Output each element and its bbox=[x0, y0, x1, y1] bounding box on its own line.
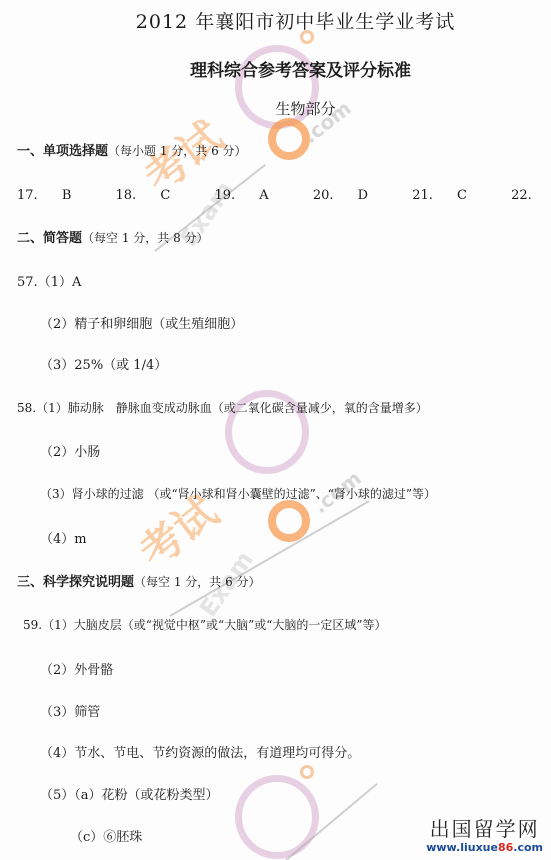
answer-19: 19. A bbox=[214, 188, 288, 204]
section-scoring-note: （每空 1 分，共 8 分） bbox=[82, 231, 209, 245]
q59-item-1: 59.（1）大脑皮层（或“视觉中枢”或“大脑”或“大脑的一定区域”等） bbox=[23, 617, 387, 633]
section-heading-text: 一、单项选择题 bbox=[17, 144, 108, 159]
item-label: （5）（a） bbox=[40, 788, 102, 803]
question-number: 58. bbox=[17, 401, 36, 415]
item-answer: 肺动脉 静脉血变成动脉血（或二氧化碳含量减少，氧的含量增多） bbox=[68, 401, 428, 415]
q59-item-5a: （5）（a）花粉（或花粉类型） bbox=[40, 788, 219, 804]
q57-item-2: （2）精子和卵细胞（或生殖细胞） bbox=[40, 317, 243, 333]
item-label: （1） bbox=[36, 401, 68, 415]
document-part-title: 生物部分 bbox=[0, 99, 551, 119]
item-label: （c） bbox=[70, 830, 103, 845]
q59-item-4: （4）节水、节电、节约资源的做法，有道理均可得分。 bbox=[40, 746, 360, 762]
answer-20: 20. D bbox=[313, 188, 388, 204]
q58-item-3: （3）肾小球的过滤 （或“肾小球和肾小囊壁的过滤”、“肾小球的滤过”等） bbox=[40, 486, 436, 502]
document-subtitle: 理科综合参考答案及评分标准 bbox=[0, 60, 551, 82]
section-scoring-note: （每空 1 分，共 6 分） bbox=[134, 575, 261, 589]
item-answer: A bbox=[72, 275, 81, 290]
item-label: （2） bbox=[40, 317, 74, 332]
multiple-choice-answers: 17. B 18. C 19. A 20. D 21. C 22. B bbox=[17, 188, 551, 204]
item-answer: 小肠 bbox=[74, 445, 100, 460]
q58-item-4: （4）m bbox=[40, 532, 87, 548]
item-label: （2） bbox=[40, 663, 74, 678]
item-answer: 节水、节电、节约资源的做法，有道理均可得分。 bbox=[74, 746, 360, 761]
watermark-slash-mid bbox=[170, 500, 370, 617]
watermark-ba-logo-bottom bbox=[235, 775, 319, 859]
item-label: （1） bbox=[42, 618, 74, 632]
section-heading-multiple-choice: 一、单项选择题（每小题 1 分，共 6 分） bbox=[17, 143, 247, 160]
question-number: 59. bbox=[23, 618, 42, 632]
document-title: 2012 年襄阳市初中毕业生学业考试 bbox=[0, 10, 551, 34]
site-logo[interactable]: 出国留学网 www.liuxue86.com bbox=[426, 817, 543, 854]
site-logo-url[interactable]: www.liuxue86.com bbox=[426, 841, 543, 854]
item-answer: 25%（或 1/4） bbox=[74, 358, 167, 373]
q59-item-2: （2）外骨骼 bbox=[40, 663, 113, 679]
item-label: （3） bbox=[40, 358, 74, 373]
item-answer: ⑥胚珠 bbox=[103, 830, 142, 845]
item-label: （3） bbox=[40, 705, 74, 720]
answer-17: 17. B bbox=[17, 188, 91, 204]
item-answer: 大脑皮层（或“视觉中枢”或“大脑”或“大脑的一定区域”等） bbox=[74, 618, 387, 632]
item-answer: 精子和卵细胞（或生殖细胞） bbox=[74, 317, 243, 332]
item-label: （1） bbox=[38, 275, 72, 290]
q57-item-1: 57.（1）A bbox=[17, 275, 81, 291]
watermark-o-mid bbox=[268, 500, 310, 542]
answer-21: 21. C bbox=[412, 188, 487, 204]
watermark-dot-bottom bbox=[300, 765, 314, 779]
document-page: 考试 .com Exam 考试 .com Exam 2012 年襄阳市初中毕业生… bbox=[0, 0, 551, 860]
item-label: （4） bbox=[40, 746, 74, 761]
question-number: 57. bbox=[17, 275, 38, 290]
section-heading-text: 三、科学探究说明题 bbox=[17, 575, 134, 590]
item-answer: 外骨骼 bbox=[74, 663, 113, 678]
q58-item-2: （2）小肠 bbox=[40, 445, 100, 461]
item-answer: 筛管 bbox=[74, 705, 100, 720]
site-logo-name: 出国留学网 bbox=[426, 817, 543, 841]
q57-item-3: （3）25%（或 1/4） bbox=[40, 358, 167, 374]
q59-item-5c: （c）⑥胚珠 bbox=[70, 830, 142, 846]
section-heading-science-inquiry: 三、科学探究说明题（每空 1 分，共 6 分） bbox=[17, 574, 261, 591]
item-answer: 花粉（或花粉类型） bbox=[102, 788, 219, 803]
section-heading-text: 二、简答题 bbox=[17, 231, 82, 246]
watermark-o-top bbox=[268, 118, 310, 160]
q58-item-1: 58.（1）肺动脉 静脉血变成动脉血（或二氧化碳含量减少，氧的含量增多） bbox=[17, 400, 428, 416]
q59-item-3: （3）筛管 bbox=[40, 705, 100, 721]
answer-18: 18. C bbox=[116, 188, 191, 204]
item-label: （3） bbox=[40, 487, 72, 501]
item-label: （2） bbox=[40, 445, 74, 460]
item-answer: 肾小球的过滤 （或“肾小球和肾小囊壁的过滤”、“肾小球的滤过”等） bbox=[72, 487, 436, 501]
item-label: （4） bbox=[40, 532, 74, 547]
section-scoring-note: （每小题 1 分，共 6 分） bbox=[108, 144, 247, 158]
item-answer: m bbox=[74, 532, 86, 547]
answer-22: 22. B bbox=[511, 188, 551, 204]
watermark-slash-bottom bbox=[284, 783, 377, 860]
section-heading-short-answer: 二、简答题（每空 1 分，共 8 分） bbox=[17, 230, 209, 247]
